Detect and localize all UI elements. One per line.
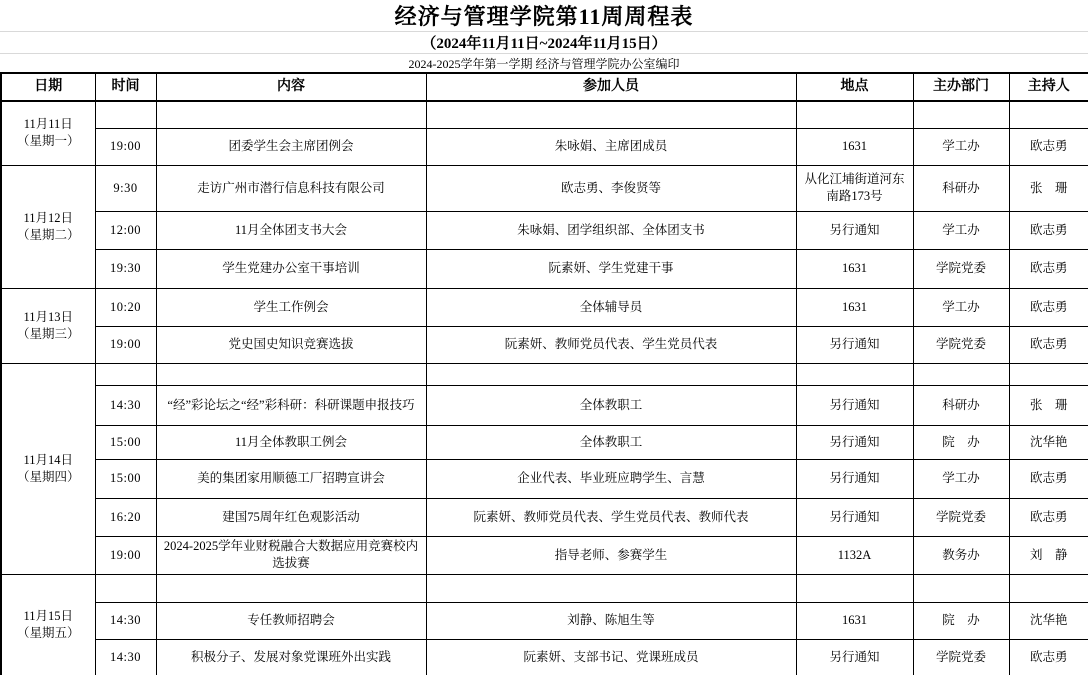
host-cell: 欧志勇 — [1009, 249, 1088, 288]
department-cell — [913, 363, 1009, 385]
department-cell: 院 办 — [913, 602, 1009, 639]
content-cell: 11月全体团支书大会 — [156, 211, 426, 249]
department-cell — [913, 101, 1009, 128]
content-cell: 建国75周年红色观影活动 — [156, 498, 426, 536]
participants-cell: 全体教职工 — [426, 425, 796, 459]
department-cell: 学院党委 — [913, 326, 1009, 363]
table-row: 11月15日 （星期五） — [1, 574, 1088, 602]
time-cell: 10:20 — [95, 288, 156, 326]
department-cell: 学工办 — [913, 128, 1009, 165]
time-cell: 19:00 — [95, 536, 156, 574]
page-subtitle: （2024年11月11日~2024年11月15日） — [0, 32, 1088, 54]
time-cell: 15:00 — [95, 425, 156, 459]
host-cell: 欧志勇 — [1009, 326, 1088, 363]
table-row: 19:00 2024-2025学年业财税融合大数据应用竞赛校内选拔赛 指导老师、… — [1, 536, 1088, 574]
department-cell: 教务办 — [913, 536, 1009, 574]
participants-cell — [426, 101, 796, 128]
host-cell — [1009, 363, 1088, 385]
time-cell: 19:30 — [95, 249, 156, 288]
location-cell: 1631 — [796, 288, 913, 326]
department-cell: 学院党委 — [913, 249, 1009, 288]
department-cell: 学院党委 — [913, 498, 1009, 536]
date-text: 11月11日 — [6, 116, 91, 133]
col-header-location: 地点 — [796, 73, 913, 101]
table-row: 16:20 建国75周年红色观影活动 阮素妍、教师党员代表、学生党员代表、教师代… — [1, 498, 1088, 536]
content-cell: 专任教师招聘会 — [156, 602, 426, 639]
location-cell: 另行通知 — [796, 498, 913, 536]
table-row: 14:30 专任教师招聘会 刘静、陈旭生等 1631 院 办 沈华艳 — [1, 602, 1088, 639]
participants-cell: 阮素妍、学生党建干事 — [426, 249, 796, 288]
participants-cell: 阮素妍、支部书记、党课班成员 — [426, 639, 796, 675]
table-row: 11月11日 （星期一） — [1, 101, 1088, 128]
content-cell: 学生工作例会 — [156, 288, 426, 326]
schedule-table: 日期 时间 内容 参加人员 地点 主办部门 主持人 11月11日 （星期一） — [0, 72, 1088, 675]
content-cell: 11月全体教职工例会 — [156, 425, 426, 459]
time-cell: 14:30 — [95, 639, 156, 675]
col-header-participants: 参加人员 — [426, 73, 796, 101]
content-cell: 美的集团家用顺德工厂招聘宣讲会 — [156, 459, 426, 498]
time-cell: 9:30 — [95, 165, 156, 211]
department-cell: 学工办 — [913, 288, 1009, 326]
location-cell: 从化江埔街道河东南路173号 — [796, 165, 913, 211]
time-cell — [95, 363, 156, 385]
host-cell — [1009, 101, 1088, 128]
host-cell: 张 珊 — [1009, 165, 1088, 211]
date-cell: 11月15日 （星期五） — [1, 574, 95, 675]
location-cell: 另行通知 — [796, 385, 913, 425]
location-cell: 1631 — [796, 128, 913, 165]
host-cell — [1009, 574, 1088, 602]
content-cell: 2024-2025学年业财税融合大数据应用竞赛校内选拔赛 — [156, 536, 426, 574]
content-cell — [156, 363, 426, 385]
time-cell: 14:30 — [95, 602, 156, 639]
table-row: 19:30 学生党建办公室干事培训 阮素妍、学生党建干事 1631 学院党委 欧… — [1, 249, 1088, 288]
col-header-date: 日期 — [1, 73, 95, 101]
time-cell: 19:00 — [95, 128, 156, 165]
content-cell — [156, 574, 426, 602]
participants-cell: 阮素妍、教师党员代表、学生党员代表、教师代表 — [426, 498, 796, 536]
department-cell: 科研办 — [913, 385, 1009, 425]
weekday-text: （星期四） — [6, 469, 91, 486]
table-row: 15:00 11月全体教职工例会 全体教职工 另行通知 院 办 沈华艳 — [1, 425, 1088, 459]
date-text: 11月15日 — [6, 608, 91, 625]
date-cell: 11月12日 （星期二） — [1, 165, 95, 288]
location-cell: 1132A — [796, 536, 913, 574]
date-cell: 11月14日 （星期四） — [1, 363, 95, 574]
participants-cell: 指导老师、参赛学生 — [426, 536, 796, 574]
host-cell: 欧志勇 — [1009, 639, 1088, 675]
content-cell: 积极分子、发展对象党课班外出实践 — [156, 639, 426, 675]
host-cell: 刘 静 — [1009, 536, 1088, 574]
weekday-text: （星期三） — [6, 326, 91, 343]
location-cell — [796, 574, 913, 602]
location-cell: 1631 — [796, 249, 913, 288]
weekday-text: （星期五） — [6, 625, 91, 642]
host-cell: 欧志勇 — [1009, 459, 1088, 498]
edition-note: 2024-2025学年第一学期 经济与管理学院办公室编印 — [0, 54, 1088, 72]
participants-cell: 全体教职工 — [426, 385, 796, 425]
location-cell: 另行通知 — [796, 211, 913, 249]
time-cell: 14:30 — [95, 385, 156, 425]
host-cell: 欧志勇 — [1009, 211, 1088, 249]
location-cell — [796, 101, 913, 128]
time-cell — [95, 574, 156, 602]
header-row: 日期 时间 内容 参加人员 地点 主办部门 主持人 — [1, 73, 1088, 101]
participants-cell: 欧志勇、李俊贤等 — [426, 165, 796, 211]
time-cell: 16:20 — [95, 498, 156, 536]
participants-cell: 全体辅导员 — [426, 288, 796, 326]
department-cell: 学工办 — [913, 459, 1009, 498]
participants-cell — [426, 574, 796, 602]
participants-cell: 企业代表、毕业班应聘学生、言慧 — [426, 459, 796, 498]
table-row: 14:30 积极分子、发展对象党课班外出实践 阮素妍、支部书记、党课班成员 另行… — [1, 639, 1088, 675]
content-cell: “经”彩论坛之“经”彩科研：科研课题申报技巧 — [156, 385, 426, 425]
col-header-department: 主办部门 — [913, 73, 1009, 101]
department-cell: 学工办 — [913, 211, 1009, 249]
department-cell — [913, 574, 1009, 602]
schedule-page: 经济与管理学院第11周周程表 （2024年11月11日~2024年11月15日）… — [0, 0, 1088, 675]
time-cell: 15:00 — [95, 459, 156, 498]
department-cell: 院 办 — [913, 425, 1009, 459]
time-cell — [95, 101, 156, 128]
department-cell: 科研办 — [913, 165, 1009, 211]
table-row: 11月12日 （星期二） 9:30 走访广州市潜行信息科技有限公司 欧志勇、李俊… — [1, 165, 1088, 211]
table-row: 12:00 11月全体团支书大会 朱咏娟、团学组织部、全体团支书 另行通知 学工… — [1, 211, 1088, 249]
col-header-content: 内容 — [156, 73, 426, 101]
location-cell: 另行通知 — [796, 326, 913, 363]
date-text: 11月12日 — [6, 210, 91, 227]
participants-cell: 朱咏娟、主席团成员 — [426, 128, 796, 165]
host-cell: 沈华艳 — [1009, 602, 1088, 639]
host-cell: 张 珊 — [1009, 385, 1088, 425]
participants-cell — [426, 363, 796, 385]
host-cell: 欧志勇 — [1009, 288, 1088, 326]
page-title: 经济与管理学院第11周周程表 — [0, 0, 1088, 32]
date-text: 11月13日 — [6, 309, 91, 326]
location-cell: 另行通知 — [796, 459, 913, 498]
table-row: 19:00 党史国史知识竞赛选拔 阮素妍、教师党员代表、学生党员代表 另行通知 … — [1, 326, 1088, 363]
host-cell: 欧志勇 — [1009, 128, 1088, 165]
table-row: 11月13日 （星期三） 10:20 学生工作例会 全体辅导员 1631 学工办… — [1, 288, 1088, 326]
location-cell: 另行通知 — [796, 425, 913, 459]
location-cell: 另行通知 — [796, 639, 913, 675]
time-cell: 19:00 — [95, 326, 156, 363]
date-cell: 11月13日 （星期三） — [1, 288, 95, 363]
content-cell: 团委学生会主席团例会 — [156, 128, 426, 165]
col-header-host: 主持人 — [1009, 73, 1088, 101]
table-row: 19:00 团委学生会主席团例会 朱咏娟、主席团成员 1631 学工办 欧志勇 — [1, 128, 1088, 165]
content-cell: 走访广州市潜行信息科技有限公司 — [156, 165, 426, 211]
date-text: 11月14日 — [6, 452, 91, 469]
table-row: 11月14日 （星期四） — [1, 363, 1088, 385]
col-header-time: 时间 — [95, 73, 156, 101]
participants-cell: 刘静、陈旭生等 — [426, 602, 796, 639]
time-cell: 12:00 — [95, 211, 156, 249]
participants-cell: 阮素妍、教师党员代表、学生党员代表 — [426, 326, 796, 363]
host-cell: 欧志勇 — [1009, 498, 1088, 536]
table-row: 15:00 美的集团家用顺德工厂招聘宣讲会 企业代表、毕业班应聘学生、言慧 另行… — [1, 459, 1088, 498]
location-cell — [796, 363, 913, 385]
host-cell: 沈华艳 — [1009, 425, 1088, 459]
content-cell: 学生党建办公室干事培训 — [156, 249, 426, 288]
department-cell: 学院党委 — [913, 639, 1009, 675]
participants-cell: 朱咏娟、团学组织部、全体团支书 — [426, 211, 796, 249]
content-cell — [156, 101, 426, 128]
weekday-text: （星期一） — [6, 133, 91, 150]
table-row: 14:30 “经”彩论坛之“经”彩科研：科研课题申报技巧 全体教职工 另行通知 … — [1, 385, 1088, 425]
weekday-text: （星期二） — [6, 227, 91, 244]
date-cell: 11月11日 （星期一） — [1, 101, 95, 165]
content-cell: 党史国史知识竞赛选拔 — [156, 326, 426, 363]
location-cell: 1631 — [796, 602, 913, 639]
